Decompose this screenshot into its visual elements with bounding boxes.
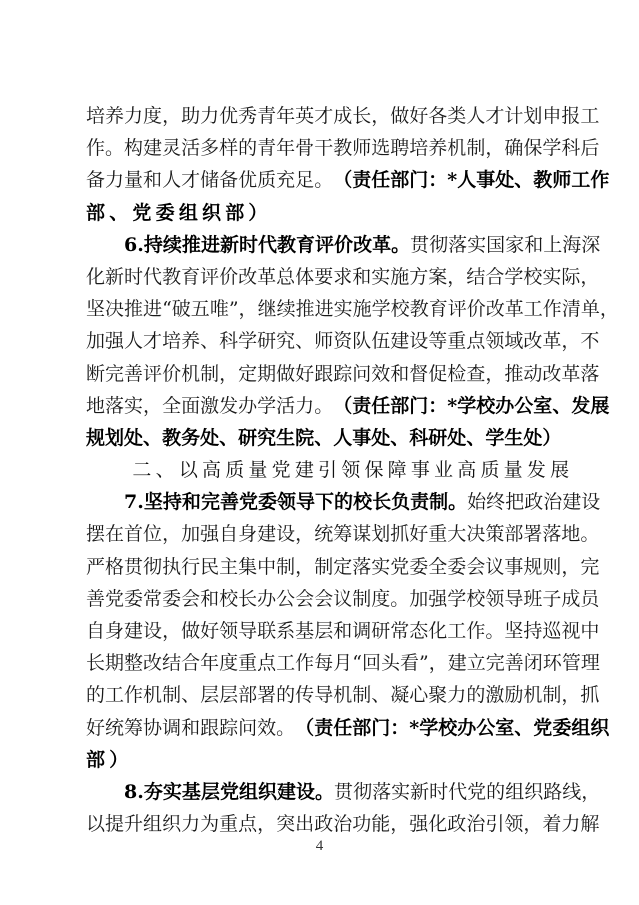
text-line: 摆在首位，加强自身建设，统筹谋划抓好重大决策部署落地。 [86,518,554,550]
text-line: 部） [86,744,554,776]
text-line: 坚决推进“破五唯”，继续推进实施学校教育评价改革工作清单， [86,293,554,325]
text-line: 好统筹协调和跟踪问效。（责任部门：*学校办公室、党委组织 [86,712,554,744]
text-line: 的工作机制、层层部署的传导机制、凝心聚力的激励机制，抓 [86,679,554,711]
text-line: 8. 夯实基层党组织建设。贯彻落实新时代党的组织路线， [86,776,554,808]
text-line: 6. 持续推进新时代教育评价改革。贯彻落实国家和上海深 [86,229,554,261]
text-line: 培养力度，助力优秀青年英才成长，做好各类人才计划申报工 [86,100,554,132]
document-body: 培养力度，助力优秀青年英才成长，做好各类人才计划申报工作。构建灵活多样的青年骨干… [86,100,554,840]
text-line: 7. 坚持和完善党委领导下的校长负责制。始终把政治建设 [86,486,554,518]
text-line: 化新时代教育评价改革总体要求和实施方案，结合学校实际， [86,261,554,293]
text-line: 长期整改结合年度重点工作每月“回头看”，建立完善闭环管理 [86,647,554,679]
page-number: 4 [0,838,639,855]
text-line: 断完善评价机制，定期做好跟踪问效和督促检查，推动改革落 [86,358,554,390]
text-line: 部、党委组织部） [86,197,554,229]
section-heading: 二、以高质量党建引领保障事业高质量发展 [86,454,554,486]
text-line: 作。构建灵活多样的青年骨干教师选聘培养机制，确保学科后 [86,132,554,164]
text-line: 自身建设，做好领导联系基层和调研常态化工作。坚持巡视中 [86,615,554,647]
text-line: 备力量和人才储备优质充足。（责任部门：*人事处、教师工作 [86,164,554,196]
text-line: 加强人才培养、科学研究、师资队伍建设等重点领域改革，不 [86,325,554,357]
text-line: 善党委常委会和校长办公会会议制度。加强学校领导班子成员 [86,583,554,615]
text-line: 地落实，全面激发办学活力。（责任部门：*学校办公室、发展 [86,390,554,422]
document-page: 培养力度，助力优秀青年英才成长，做好各类人才计划申报工作。构建灵活多样的青年骨干… [0,0,639,905]
text-line: 以提升组织力为重点，突出政治功能，强化政治引领，着力解 [86,808,554,840]
text-line: 严格贯彻执行民主集中制，制定落实党委全委会议事规则，完 [86,551,554,583]
text-line: 规划处、教务处、研究生院、人事处、科研处、学生处） [86,422,554,454]
